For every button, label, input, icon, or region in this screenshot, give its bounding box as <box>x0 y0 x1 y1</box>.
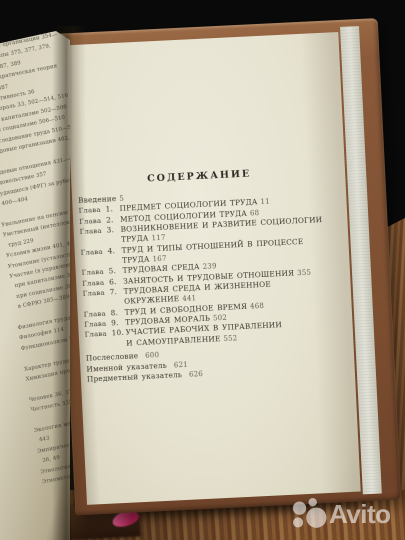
chapter-number: 6. <box>109 277 123 288</box>
chapter-number: 9. <box>111 318 125 329</box>
contents-title: СОДЕРЖАНИЕ <box>147 164 345 185</box>
page-number: 621 <box>174 360 188 369</box>
page-number: 441 <box>182 295 196 304</box>
index-page: трудовые организации 354—вые группы 375,… <box>0 31 70 540</box>
chapter-number: 1. <box>105 204 119 215</box>
chapter-word: Глава <box>79 226 106 238</box>
page-number: 600 <box>145 351 159 360</box>
page-number: 552 <box>223 334 237 343</box>
page-number: 626 <box>189 370 203 379</box>
chapter-number: 7. <box>109 287 123 298</box>
chapter-number: 2. <box>106 215 120 226</box>
chapter-number: 3. <box>106 225 120 236</box>
page-number: 239 <box>203 263 217 272</box>
page-number: 11 <box>260 198 270 206</box>
toc-entry-label: Введение <box>78 194 117 205</box>
table-of-contents: Введение5Глава1.ПРЕДМЕТ СОЦИОЛОГИИ ТРУДА… <box>78 184 339 385</box>
page-number: 117 <box>151 234 165 243</box>
avito-logo-icon <box>290 495 328 533</box>
chapter-number: 8. <box>110 308 124 319</box>
page-number: 68 <box>250 209 260 217</box>
avito-watermark: Avito <box>290 495 391 533</box>
page-number: 502 <box>213 314 227 323</box>
chapter-word: Глава <box>85 329 112 341</box>
page-number: 167 <box>152 255 166 264</box>
page-number: 468 <box>250 302 264 311</box>
open-book: СОДЕРЖАНИЕ Введение5Глава1.ПРЕДМЕТ СОЦИО… <box>52 18 401 515</box>
contents-page: СОДЕРЖАНИЕ Введение5Глава1.ПРЕДМЕТ СОЦИО… <box>65 32 361 505</box>
chapter-number: 5. <box>108 266 122 277</box>
page-number: 355 <box>297 268 311 277</box>
chapter-number: 10. <box>111 328 125 339</box>
avito-watermark-text: Avito <box>329 499 391 530</box>
chapter-number: 4. <box>107 246 121 257</box>
chapter-word: Глава <box>82 288 109 300</box>
page-number: 5 <box>119 195 124 203</box>
chapter-word: Глава <box>80 246 107 258</box>
